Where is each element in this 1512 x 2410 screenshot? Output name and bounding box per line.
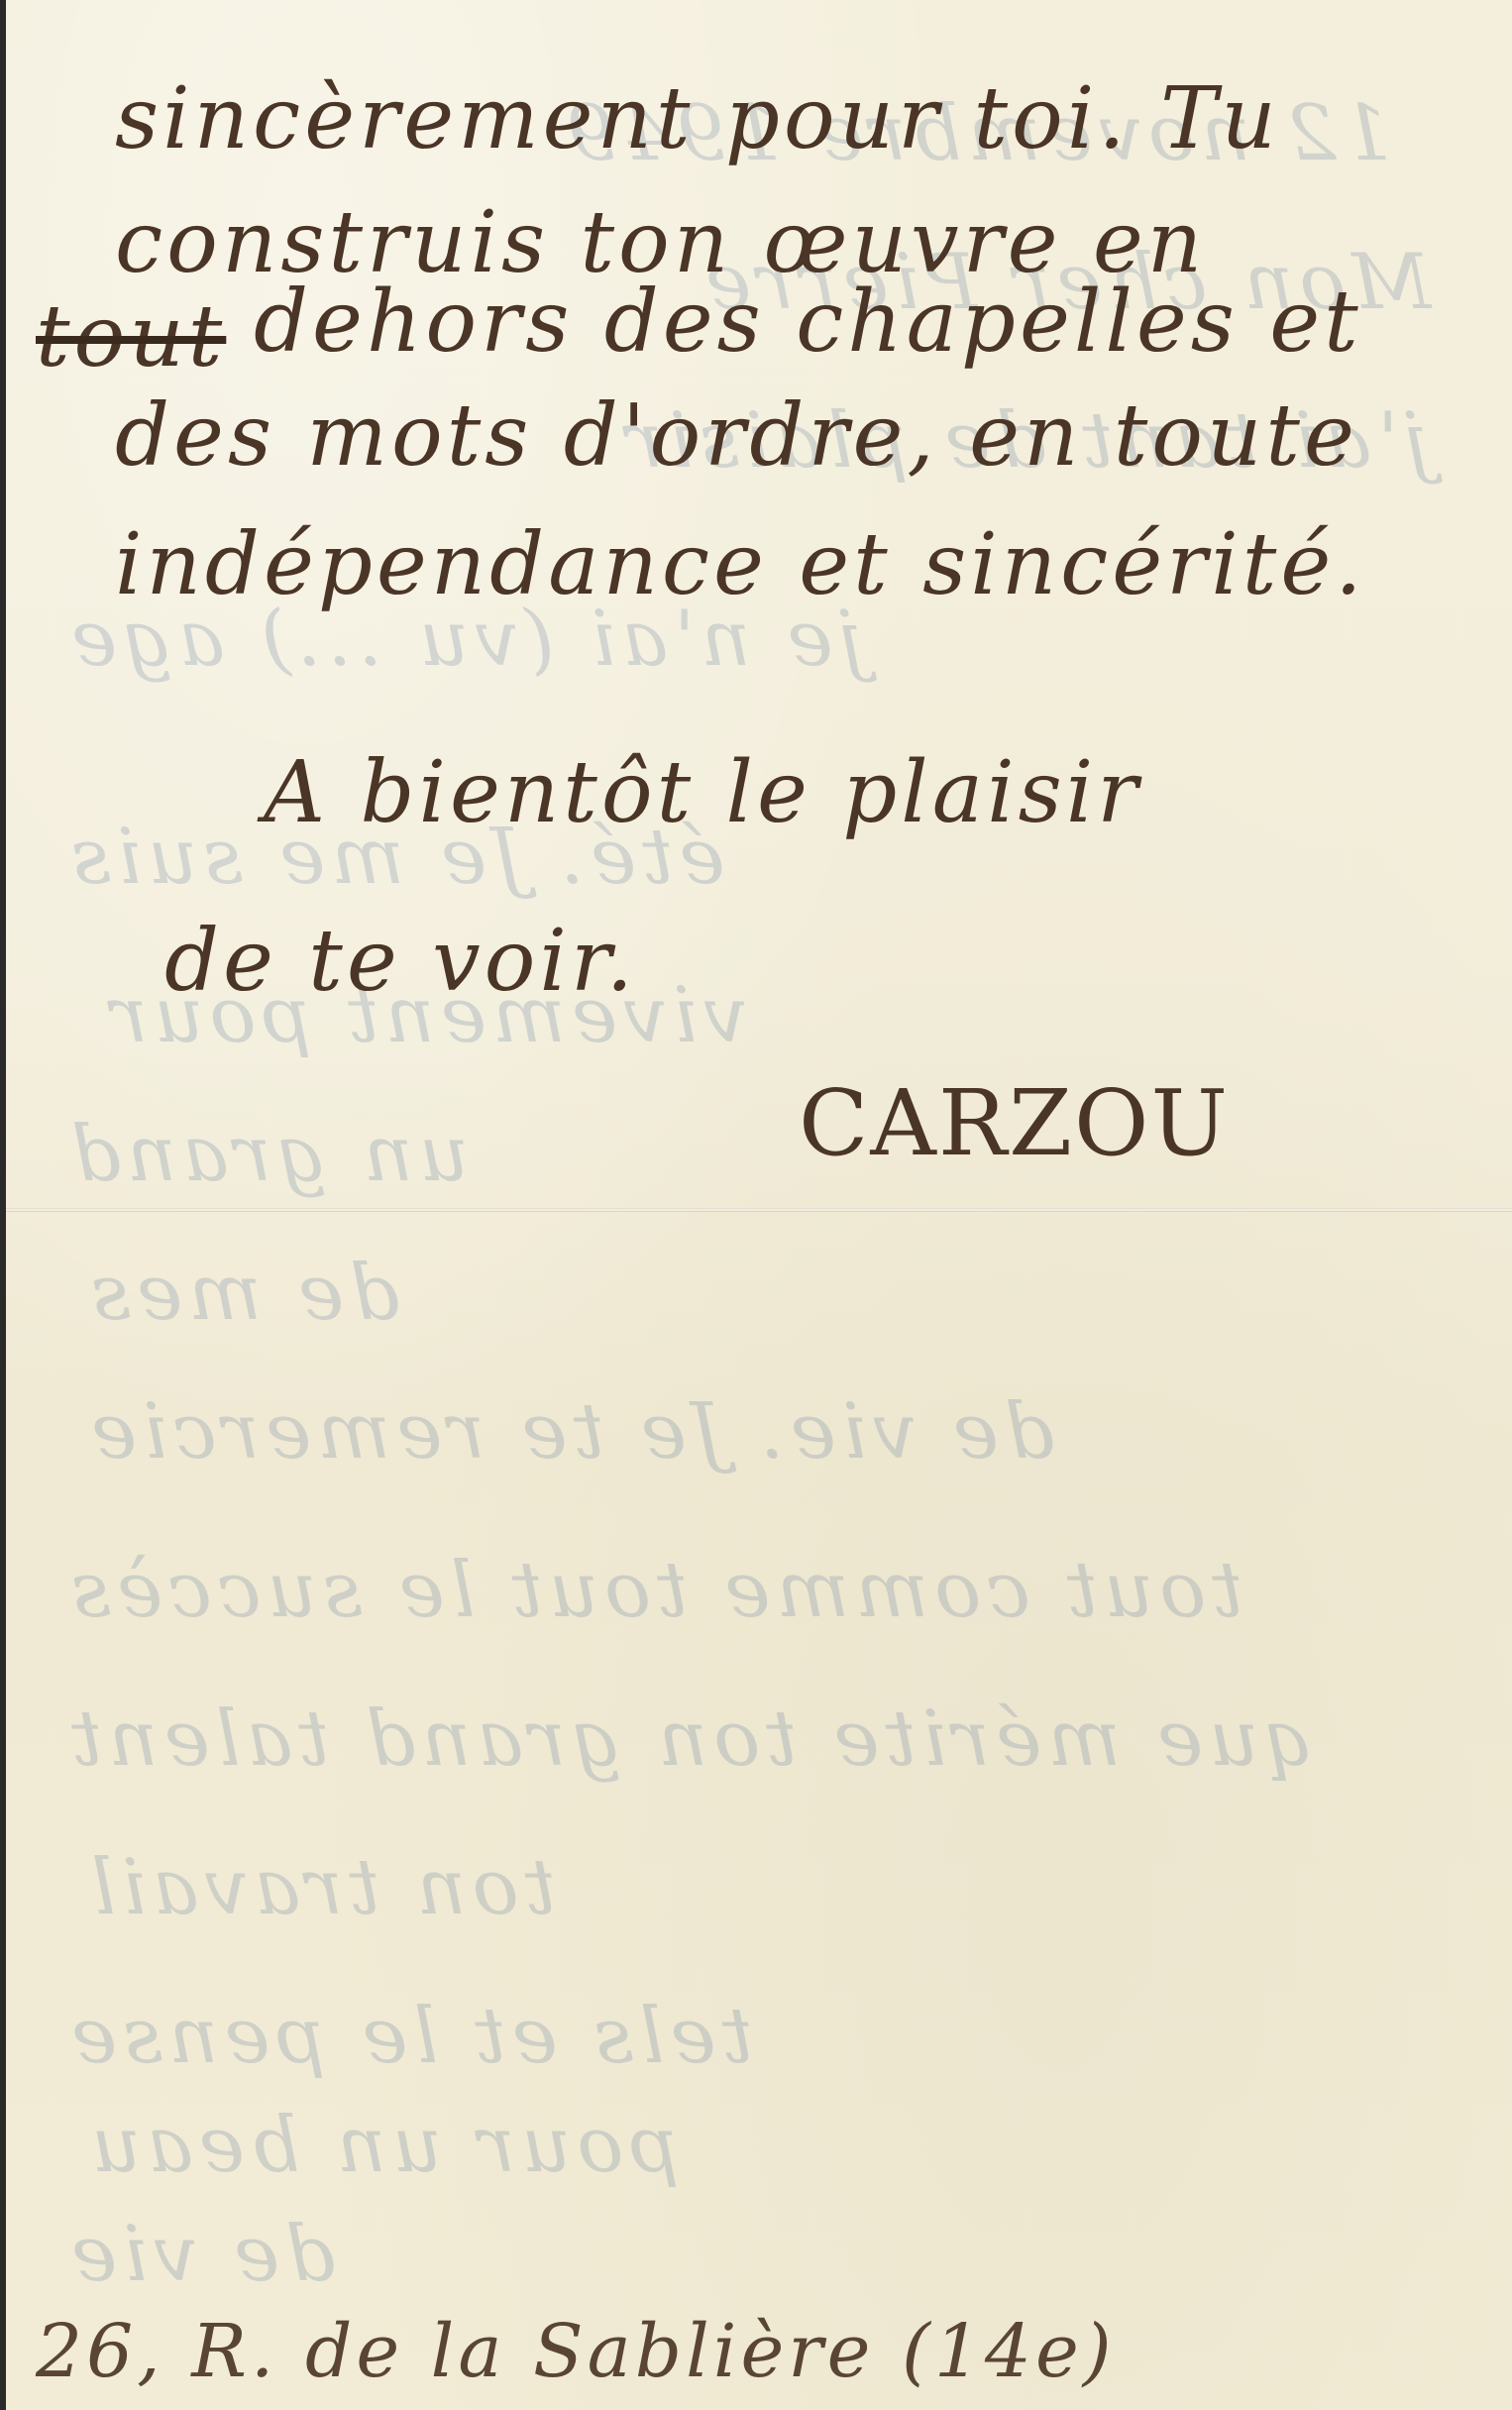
bleed-through-line: un grand [65, 1110, 469, 1199]
bleed-through-line: que mérite ton grand talent [65, 1695, 1314, 1784]
bleed-through-line: tout comme tout le succès [65, 1546, 1243, 1635]
letter-line: sincèrement pour toi. Tu [115, 69, 1280, 168]
closing-line: de te voir. [164, 912, 637, 1011]
bleed-through-line: ton travail [85, 1843, 556, 1932]
letter-sheet: 12 novembre 1949 Mon cher Pierre j'ai ta… [6, 0, 1512, 2410]
struck-word: tout [36, 287, 226, 386]
bleed-through-line: de mes [85, 1249, 399, 1338]
bleed-through-line: de vie [65, 2210, 335, 2299]
bleed-through-line: pour un beau [85, 2101, 679, 2190]
struck-text: tout [36, 287, 226, 386]
sender-address: 26, R. de la Sablière (14e) [36, 2309, 1116, 2394]
letter-line: indépendance et sincérité. [115, 515, 1366, 614]
closing-line: A bientôt le plaisir [264, 743, 1141, 842]
fold-crease [6, 1208, 1512, 1212]
bleed-through-line: tels et le pense [65, 1992, 753, 2081]
signature: CARZOU [799, 1070, 1230, 1176]
letter-line: dehors des chapelles et [254, 273, 1362, 372]
bleed-through-line: de vie. Je te remercie [85, 1387, 1054, 1477]
letter-line: des mots d'ordre, en toute [115, 386, 1358, 486]
